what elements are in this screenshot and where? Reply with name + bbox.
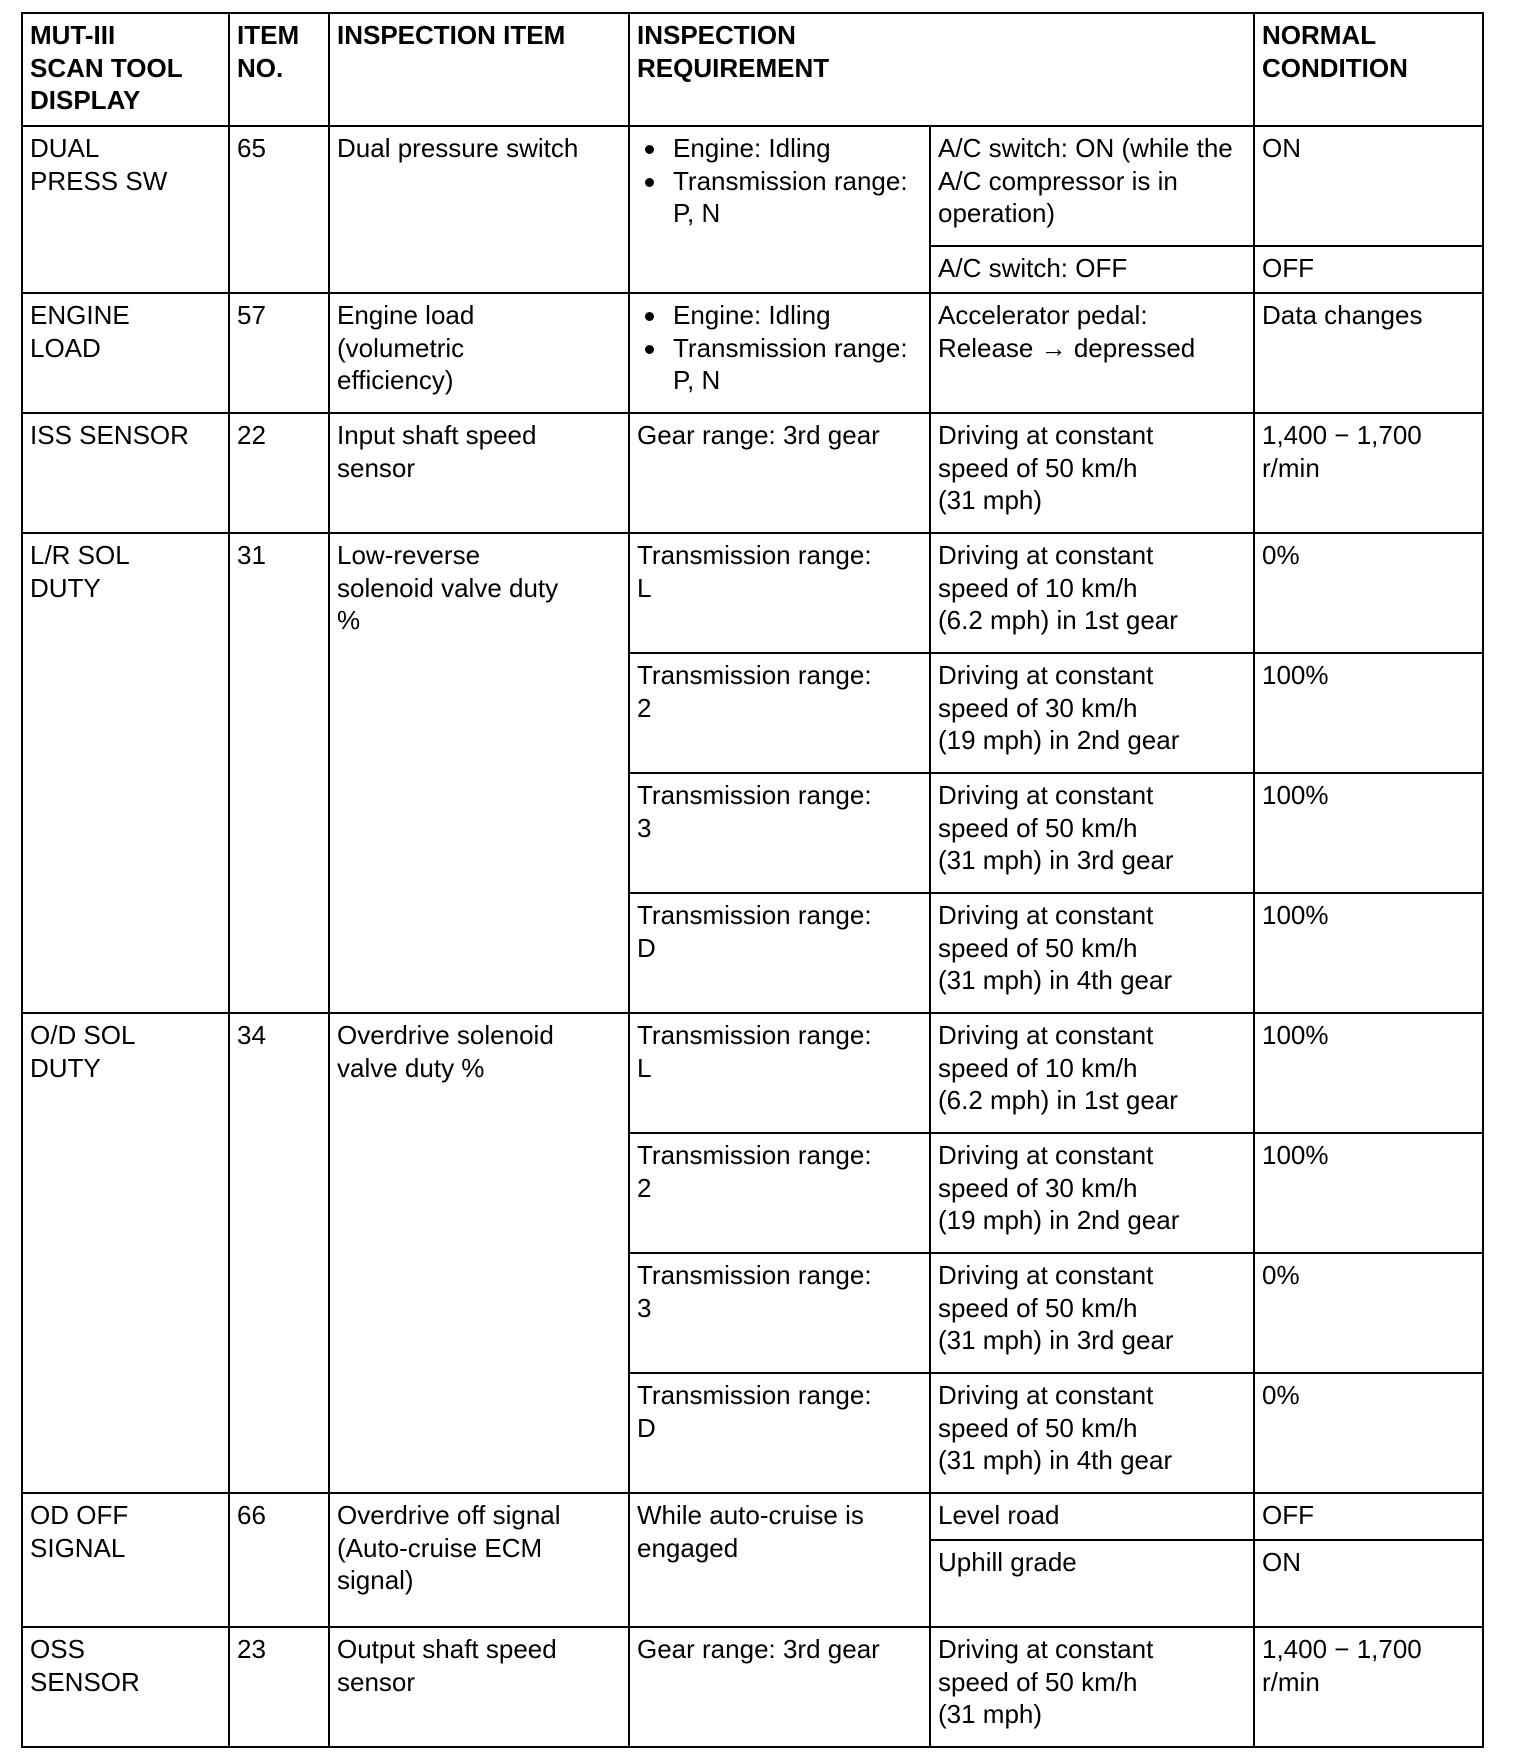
normal-condition: 1,400 − 1,700 r/min: [1254, 1627, 1483, 1747]
normal-condition: OFF: [1254, 246, 1483, 293]
inspection-condition: A/C switch: OFF: [930, 246, 1254, 293]
inspection-requirement: Gear range: 3rd gear: [629, 1627, 930, 1747]
header-row: MUT-III SCAN TOOL DISPLAY ITEM NO. INSPE…: [22, 13, 1483, 126]
inspection-condition: Driving at constant speed of 50 km/h (31…: [930, 413, 1254, 533]
normal-condition: 0%: [1254, 1253, 1483, 1373]
scan-tool-display: ENGINE LOAD: [22, 293, 229, 413]
normal-condition: 100%: [1254, 893, 1483, 1013]
scan-tool-display: OD OFF SIGNAL: [22, 1493, 229, 1627]
normal-condition: 100%: [1254, 773, 1483, 893]
table-row: OD OFF SIGNAL66Overdrive off signal (Aut…: [22, 1493, 1483, 1540]
inspection-item: Engine load (volumetric efficiency): [329, 293, 629, 413]
inspection-condition: Driving at constant speed of 50 km/h (31…: [930, 1253, 1254, 1373]
normal-condition: 100%: [1254, 653, 1483, 773]
inspection-condition: Driving at constant speed of 30 km/h (19…: [930, 1133, 1254, 1253]
inspection-condition: Level road: [930, 1493, 1254, 1540]
item-no: 31: [229, 533, 329, 1013]
inspection-item: Output shaft speed sensor: [329, 1627, 629, 1747]
scan-tool-display: O/D SOL DUTY: [22, 1013, 229, 1493]
scan-tool-display: ISS SENSOR: [22, 413, 229, 533]
requirement-bullet: Engine: Idling: [673, 299, 923, 332]
normal-condition: Data changes: [1254, 293, 1483, 413]
table-body: DUAL PRESS SW65Dual pressure switchEngin…: [22, 126, 1483, 1747]
inspection-requirement: Engine: IdlingTransmission range: P, N: [629, 293, 930, 413]
inspection-condition: Driving at constant speed of 10 km/h (6.…: [930, 533, 1254, 653]
inspection-item: Dual pressure switch: [329, 126, 629, 293]
normal-condition: 1,400 − 1,700 r/min: [1254, 413, 1483, 533]
item-no: 57: [229, 293, 329, 413]
inspection-condition: Driving at constant speed of 50 km/h (31…: [930, 1373, 1254, 1493]
normal-condition: ON: [1254, 126, 1483, 246]
inspection-item: Overdrive off signal (Auto-cruise ECM si…: [329, 1493, 629, 1627]
inspection-requirement: Transmission range: 2: [629, 653, 930, 773]
normal-condition: ON: [1254, 1540, 1483, 1627]
normal-condition: OFF: [1254, 1493, 1483, 1540]
table-row: ENGINE LOAD57Engine load (volumetric eff…: [22, 293, 1483, 413]
header-inspection-item: INSPECTION ITEM: [329, 13, 629, 126]
inspection-requirement: Transmission range: L: [629, 533, 930, 653]
requirement-list: Engine: IdlingTransmission range: P, N: [637, 299, 923, 397]
inspection-condition: Driving at constant speed of 30 km/h (19…: [930, 653, 1254, 773]
normal-condition: 100%: [1254, 1013, 1483, 1133]
inspection-requirement: Transmission range: 3: [629, 1253, 930, 1373]
inspection-condition: Driving at constant speed of 50 km/h (31…: [930, 1627, 1254, 1747]
requirement-bullet: Transmission range: P, N: [673, 165, 923, 230]
requirement-bullet: Engine: Idling: [673, 132, 923, 165]
inspection-condition: A/C switch: ON (while the A/C compressor…: [930, 126, 1254, 246]
item-no: 34: [229, 1013, 329, 1493]
requirement-bullet: Transmission range: P, N: [673, 332, 923, 397]
scan-tool-display: DUAL PRESS SW: [22, 126, 229, 293]
inspection-item: Input shaft speed sensor: [329, 413, 629, 533]
table-row: DUAL PRESS SW65Dual pressure switchEngin…: [22, 126, 1483, 246]
item-no: 66: [229, 1493, 329, 1627]
table-row: ISS SENSOR22Input shaft speed sensorGear…: [22, 413, 1483, 533]
inspection-requirement: While auto-cruise is engaged: [629, 1493, 930, 1627]
item-no: 23: [229, 1627, 329, 1747]
inspection-requirement: Engine: IdlingTransmission range: P, N: [629, 126, 930, 293]
inspection-item: Low-reverse solenoid valve duty %: [329, 533, 629, 1013]
inspection-table: MUT-III SCAN TOOL DISPLAY ITEM NO. INSPE…: [21, 12, 1484, 1748]
inspection-requirement: Gear range: 3rd gear: [629, 413, 930, 533]
inspection-condition: Accelerator pedal: Release → depressed: [930, 293, 1254, 413]
table-row: L/R SOL DUTY31Low-reverse solenoid valve…: [22, 533, 1483, 653]
inspection-item: Overdrive solenoid valve duty %: [329, 1013, 629, 1493]
inspection-condition: Uphill grade: [930, 1540, 1254, 1627]
inspection-condition: Driving at constant speed of 50 km/h (31…: [930, 893, 1254, 1013]
inspection-requirement: Transmission range: 3: [629, 773, 930, 893]
inspection-requirement: Transmission range: D: [629, 893, 930, 1013]
inspection-requirement: Transmission range: 2: [629, 1133, 930, 1253]
header-normal-condition: NORMAL CONDITION: [1254, 13, 1483, 126]
requirement-list: Engine: IdlingTransmission range: P, N: [637, 132, 923, 230]
header-item-no: ITEM NO.: [229, 13, 329, 126]
table-row: O/D SOL DUTY34Overdrive solenoid valve d…: [22, 1013, 1483, 1133]
inspection-condition: Driving at constant speed of 10 km/h (6.…: [930, 1013, 1254, 1133]
table-row: OSS SENSOR23Output shaft speed sensorGea…: [22, 1627, 1483, 1747]
scan-tool-display: OSS SENSOR: [22, 1627, 229, 1747]
normal-condition: 100%: [1254, 1133, 1483, 1253]
item-no: 22: [229, 413, 329, 533]
normal-condition: 0%: [1254, 1373, 1483, 1493]
inspection-requirement: Transmission range: D: [629, 1373, 930, 1493]
normal-condition: 0%: [1254, 533, 1483, 653]
header-scan-tool-display: MUT-III SCAN TOOL DISPLAY: [22, 13, 229, 126]
item-no: 65: [229, 126, 329, 293]
scan-tool-display: L/R SOL DUTY: [22, 533, 229, 1013]
inspection-condition: Driving at constant speed of 50 km/h (31…: [930, 773, 1254, 893]
inspection-requirement: Transmission range: L: [629, 1013, 930, 1133]
header-inspection-requirement: INSPECTION REQUIREMENT: [629, 13, 1254, 126]
